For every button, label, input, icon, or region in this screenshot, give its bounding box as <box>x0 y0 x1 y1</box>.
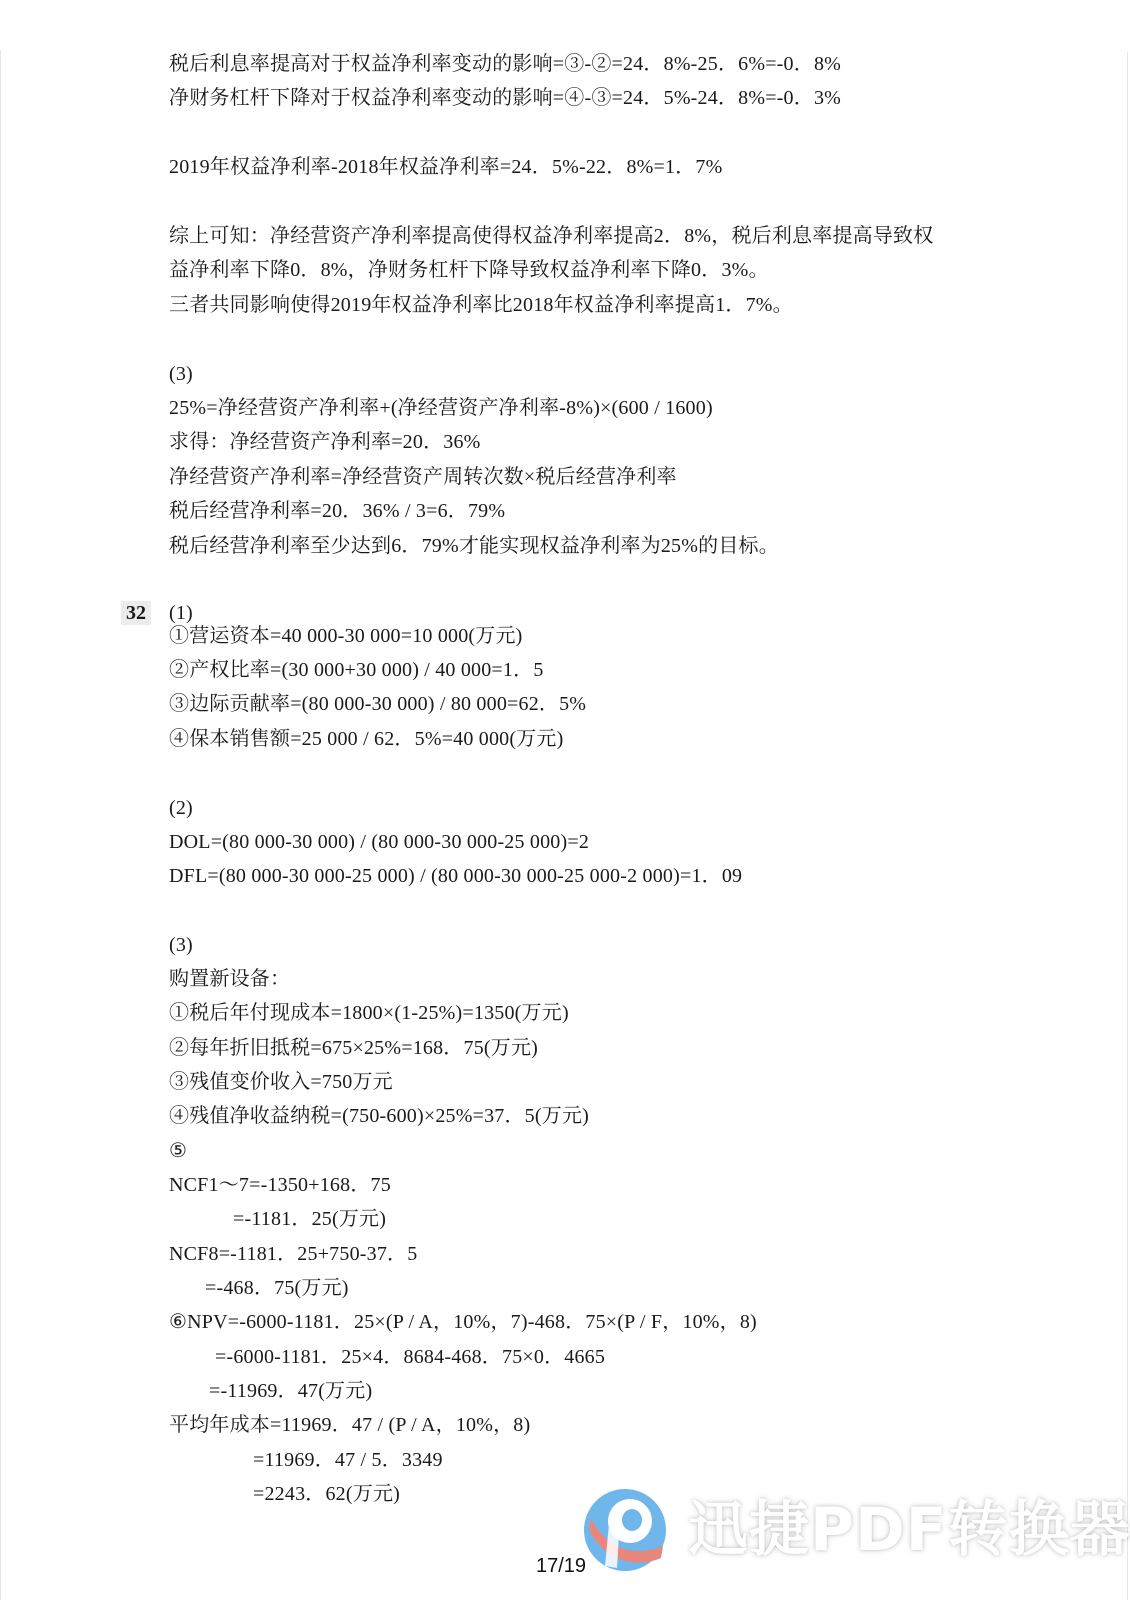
watermark-text: 迅捷PDF转换器 <box>688 1494 1130 1566</box>
text-line: =-1181．25(万元) <box>233 1207 386 1231</box>
text-line: ③边际贡献率=(80 000-30 000) / 80 000=62．5% <box>169 692 586 716</box>
text-line: DFL=(80 000-30 000-25 000) / (80 000-30 … <box>169 864 742 888</box>
text-line: =2243．62(万元) <box>253 1482 400 1506</box>
text-line: ②产权比率=(30 000+30 000) / 40 000=1．5 <box>169 658 544 682</box>
text-line: 税后利息率提高对于权益净利率变动的影响=③-②=24．8%-25．6%=-0．8… <box>169 52 841 76</box>
watermark: 迅捷PDF转换器 <box>583 1480 1113 1590</box>
text-line: 净经营资产净利率=净经营资产周转次数×税后经营净利率 <box>169 465 677 489</box>
text-line: 税后经营净利率至少达到6．79%才能实现权益净利率为25%的目标。 <box>169 534 779 558</box>
text-line: ⑥NPV=-6000-1181．25×(P / A，10%，7)-468．75×… <box>169 1310 757 1334</box>
text-line: ④保本销售额=25 000 / 62．5%=40 000(万元) <box>169 727 564 751</box>
text-line: NCF8=-1181．25+750-37．5 <box>169 1242 417 1266</box>
text-line: 求得：净经营资产净利率=20．36% <box>169 430 481 454</box>
text-line: =11969．47 / 5．3349 <box>253 1448 443 1472</box>
text-line: 综上可知：净经营资产净利率提高使得权益净利率提高2．8%，税后利息率提高导致权 <box>169 224 933 248</box>
text-line: =-6000-1181．25×4．8684-468．75×0．4665 <box>215 1345 605 1369</box>
text-line: ④残值净收益纳税=(750-600)×25%=37．5(万元) <box>169 1104 589 1128</box>
app-logo-icon <box>583 1488 667 1572</box>
text-line: 25%=净经营资产净利率+(净经营资产净利率-8%)×(600 / 1600) <box>169 396 713 420</box>
text-line: (1) <box>169 601 193 625</box>
text-line: NCF1～7=-1350+168．75 <box>169 1173 391 1197</box>
text-line: ②每年折旧抵税=675×25%=168．75(万元) <box>169 1036 538 1060</box>
page-number: 17/19 <box>536 1554 586 1578</box>
text-line: ③残值变价收入=750万元 <box>169 1070 393 1094</box>
question-number-badge: 32 <box>121 601 151 625</box>
text-line: (2) <box>169 796 193 820</box>
text-line: 平均年成本=11969．47 / (P / A，10%，8) <box>169 1413 530 1437</box>
text-line: (3) <box>169 933 193 957</box>
text-line: 税后经营净利率=20．36% / 3=6．79% <box>169 499 505 523</box>
text-line: 净财务杠杆下降对于权益净利率变动的影响=④-③=24．5%-24．8%=-0．3… <box>169 86 841 110</box>
text-line: DOL=(80 000-30 000) / (80 000-30 000-25 … <box>169 830 589 854</box>
text-line: ①税后年付现成本=1800×(1-25%)=1350(万元) <box>169 1001 569 1025</box>
page-edge-left <box>0 50 1 1600</box>
text-line: 益净利率下降0．8%，净财务杠杆下降导致权益净利率下降0．3%。 <box>169 258 769 282</box>
text-line: ①营运资本=40 000-30 000=10 000(万元) <box>169 624 523 648</box>
text-line: 2019年权益净利率-2018年权益净利率=24．5%-22．8%=1．7% <box>169 155 722 179</box>
text-line: 购置新设备： <box>169 967 290 991</box>
text-line: =-468．75(万元) <box>205 1276 349 1300</box>
page-edge-right <box>1127 52 1128 1600</box>
text-line: ⑤ <box>169 1139 187 1163</box>
text-line: 三者共同影响使得2019年权益净利率比2018年权益净利率提高1．7%。 <box>169 293 793 317</box>
text-line: =-11969．47(万元) <box>209 1379 372 1403</box>
text-line: (3) <box>169 362 193 386</box>
